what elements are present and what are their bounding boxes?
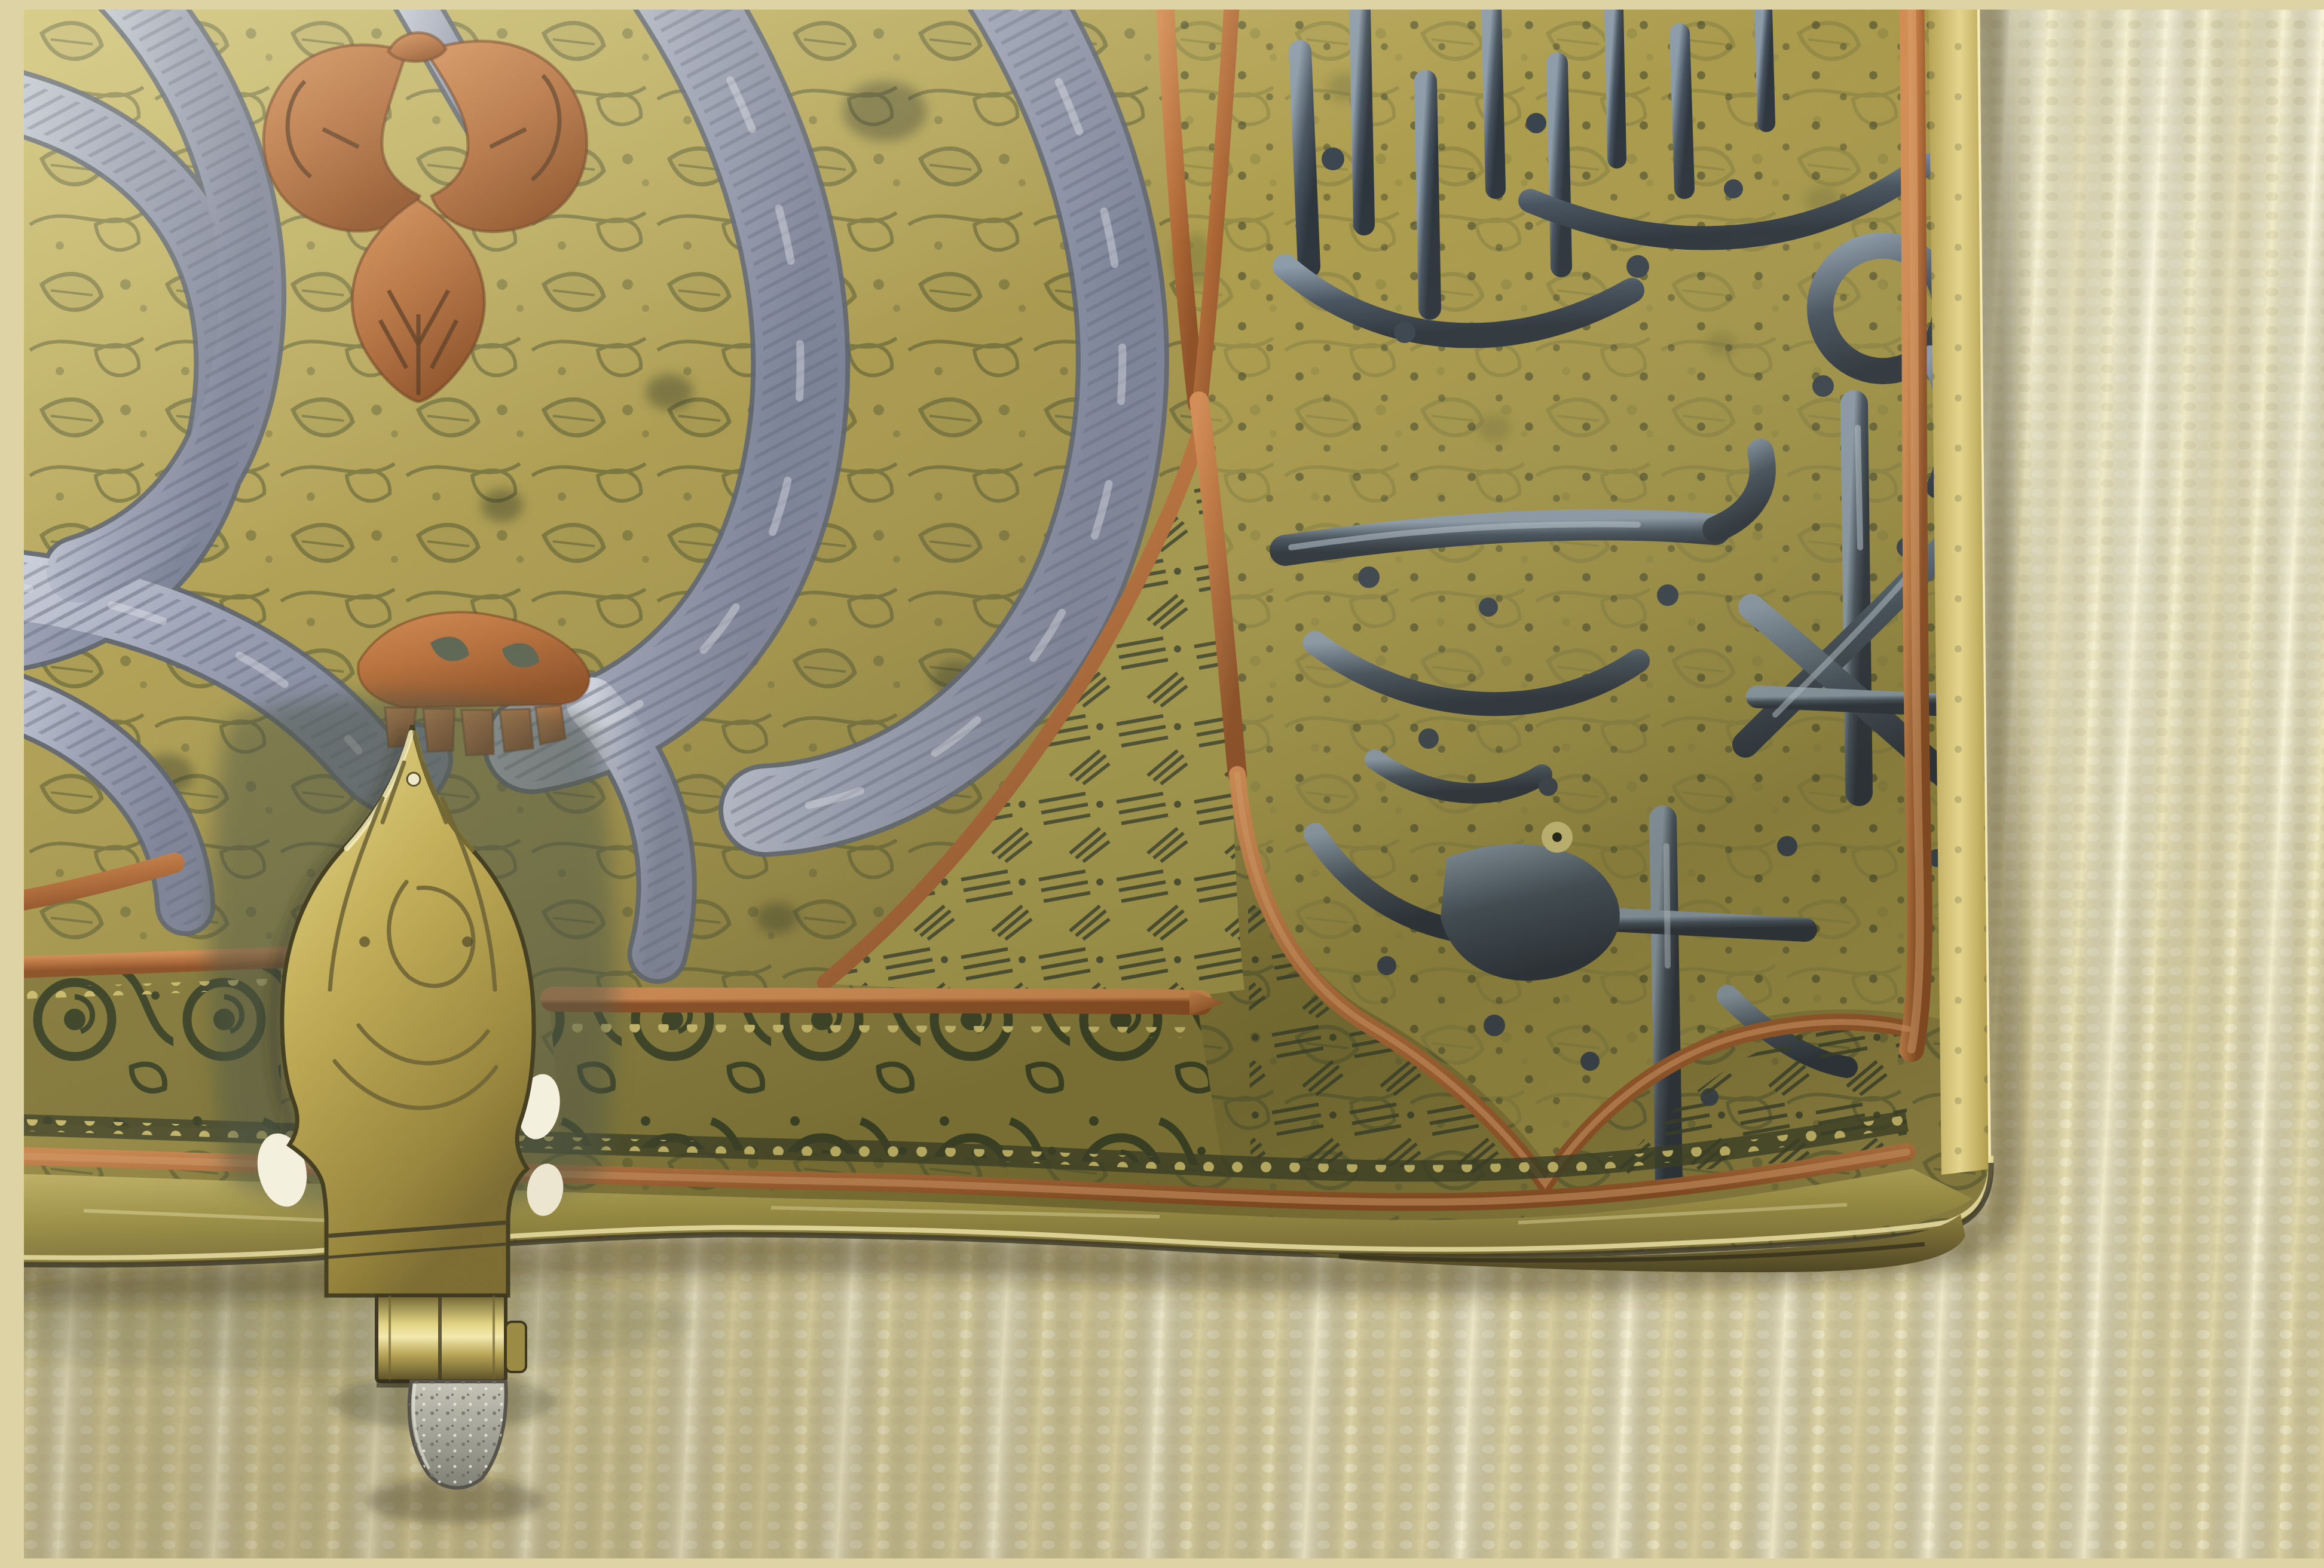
photo-grain bbox=[24, 10, 2324, 1558]
photo-canvas bbox=[24, 10, 2324, 1558]
photo-of-brass-casket bbox=[24, 10, 2324, 1558]
